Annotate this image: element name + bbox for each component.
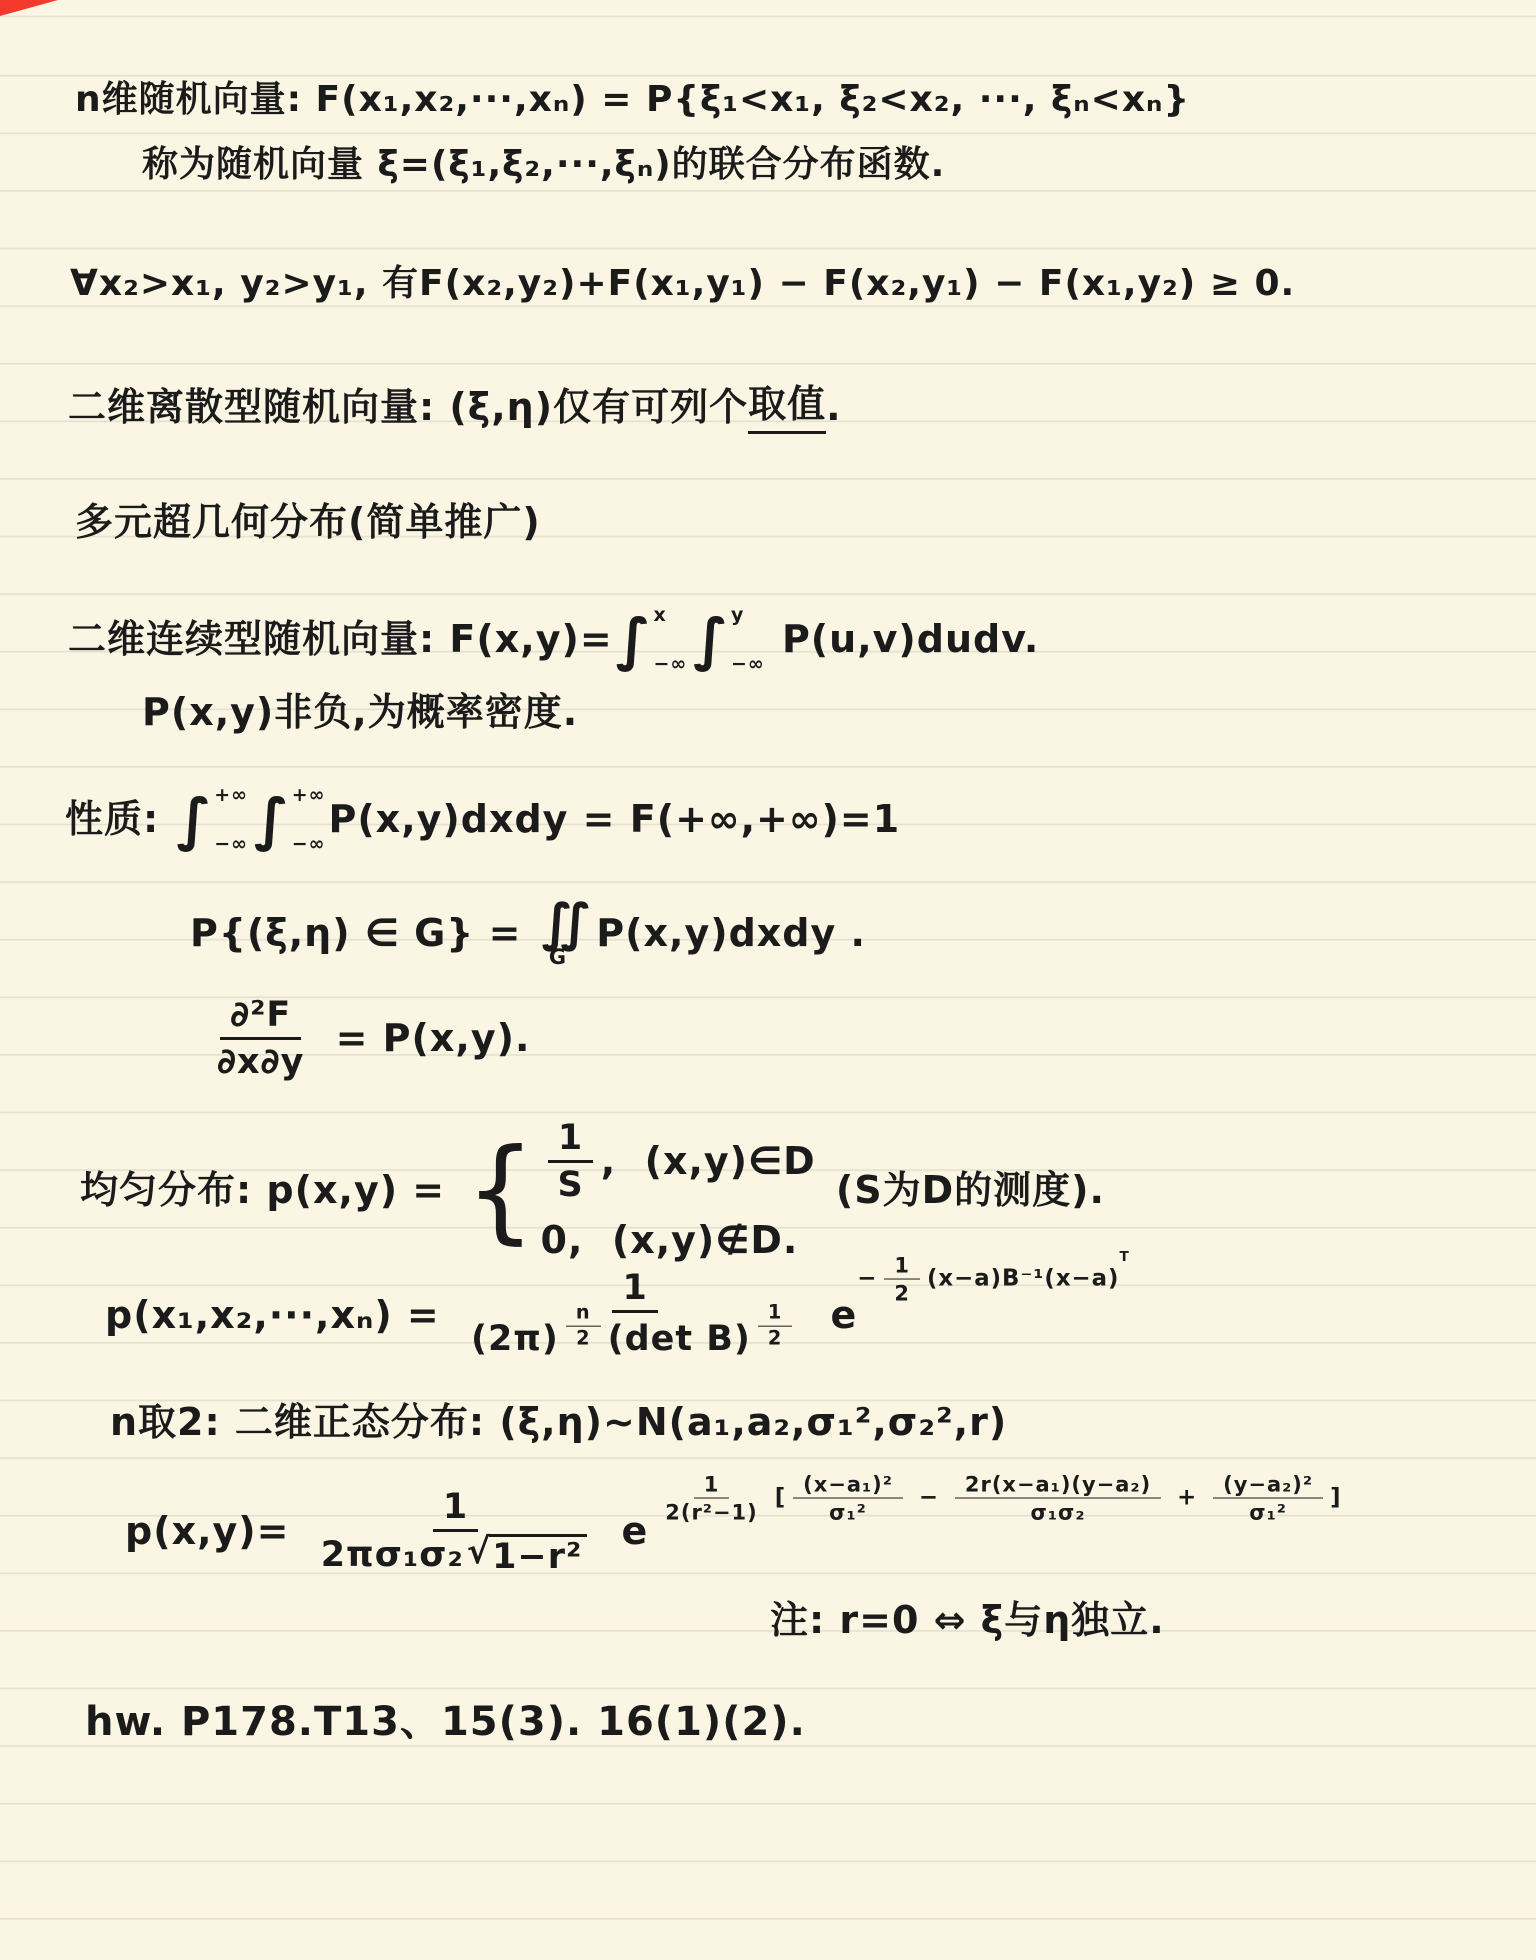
note-line-4: 二维离散型随机向量: (ξ,η)仅有可列个取值. <box>68 382 842 434</box>
note-line-8: 性质: ∫+∞−∞∫+∞−∞P(x,y)dxdy = F(+∞,+∞)=1 <box>65 786 900 854</box>
superscript: −12(x−a)B⁻¹(x−a)T <box>857 1254 1129 1306</box>
superscript: n2 <box>559 1302 608 1350</box>
note-line-3: ∀x₂>x₁, y₂>y₁, 有F(x₂,y₂)+F(x₁,y₁) − F(x₂… <box>70 262 1295 305</box>
fraction: 12 <box>758 1302 792 1350</box>
integral-with-limits: ∫x−∞ <box>616 606 688 674</box>
note-line-11: 均匀分布: p(x,y) = {1S, (x,y)∈D0, (x,y)∉D. (… <box>80 1118 1105 1263</box>
note-line-14: p(x,y)= 12πσ₁σ₂√1−r² e12(r²−1)[(x−a₁)²σ₁… <box>125 1487 1342 1576</box>
note-line-1: n维随机向量: F(x₁,x₂,···,xₙ) = P{ξ₁<x₁, ξ₂<x₂… <box>75 78 1190 121</box>
underlined-text: 取值 <box>748 382 826 434</box>
fraction: (y−a₂)²σ₁² <box>1213 1473 1323 1525</box>
note-line-2: 称为随机向量 ξ=(ξ₁,ξ₂,···,ξₙ)的联合分布函数. <box>142 143 945 186</box>
fraction: ∂²F∂x∂y <box>207 995 314 1083</box>
corner-red-mark <box>0 0 58 16</box>
fraction: 12πσ₁σ₂√1−r² <box>311 1487 601 1576</box>
superscript: T <box>1119 1249 1129 1265</box>
integral-with-limits: ∫y−∞ <box>693 606 765 674</box>
piecewise-cases: {1S, (x,y)∈D0, (x,y)∉D. <box>465 1118 815 1263</box>
note-line-7: P(x,y)非负,为概率密度. <box>142 690 578 736</box>
note-line-5: 多元超几何分布(简单推广) <box>75 500 541 546</box>
fraction: (x−a₁)²σ₁² <box>793 1473 903 1525</box>
left-brace: { <box>465 1140 536 1241</box>
integral-with-limits: ∫+∞−∞ <box>254 786 326 854</box>
case-row: 1S, (x,y)∈D <box>541 1118 816 1206</box>
note-line-9: P{(ξ,η) ∈ G} = ∬GP(x,y)dxdy . <box>190 898 866 970</box>
note-line-12: p(x₁,x₂,···,xₙ) = 1(2π)n2(det B)12 e−12(… <box>105 1268 1130 1363</box>
note-line-16: hw. P178.T13、15(3). 16(1)(2). <box>85 1698 806 1746</box>
notebook-page: n维随机向量: F(x₁,x₂,···,xₙ) = P{ξ₁<x₁, ξ₂<x₂… <box>0 0 1536 1960</box>
square-root: √1−r² <box>467 1534 587 1576</box>
fraction: 1(2π)n2(det B)12 <box>461 1268 809 1363</box>
fraction: 1S <box>548 1118 594 1206</box>
note-line-6: 二维连续型随机向量: F(x,y)=∫x−∞∫y−∞ P(u,v)dudv. <box>68 606 1039 674</box>
note-line-10: ∂²F∂x∂y = P(x,y). <box>200 995 530 1083</box>
fraction: 12 <box>884 1254 920 1306</box>
double-integral-region: ∬G <box>542 898 591 970</box>
fraction: n2 <box>566 1302 601 1350</box>
superscript: 12 <box>751 1302 799 1350</box>
fraction: 12(r²−1) <box>655 1473 767 1525</box>
fraction: 2r(x−a₁)(y−a₂)σ₁σ₂ <box>955 1473 1161 1525</box>
integral-with-limits: ∫+∞−∞ <box>176 786 248 854</box>
case-row: 0, (x,y)∉D. <box>541 1218 816 1264</box>
note-line-13: n取2: 二维正态分布: (ξ,η)~N(a₁,a₂,σ₁²,σ₂²,r) <box>110 1400 1007 1446</box>
superscript: 12(r²−1)[(x−a₁)²σ₁² − 2r(x−a₁)(y−a₂)σ₁σ₂… <box>648 1473 1341 1525</box>
note-line-15: 注: r=0 ⇔ ξ与η独立. <box>770 1598 1165 1644</box>
